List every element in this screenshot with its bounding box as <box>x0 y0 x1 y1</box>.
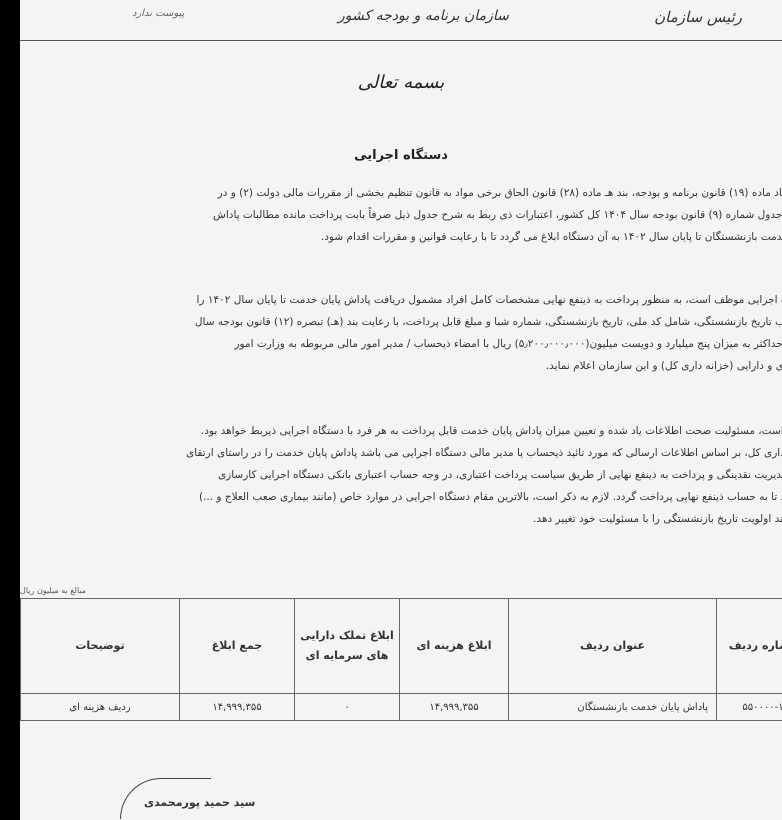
paragraph-line: بدیهی است، مسئولیت صحت اطلاعات یاد شده و… <box>20 420 782 442</box>
paragraph-line: به ترتیب تاریخ بازنشستگی، شامل کد ملی، ت… <box>20 311 782 333</box>
col-total-allocation: جمع ابلاغ <box>180 599 295 694</box>
paragraph-2: دستگاه اجرایی موظف است، به منظور پرداخت … <box>20 289 782 377</box>
cell-description: ردیف هزینه ای <box>21 694 180 721</box>
paragraph-line: به استناد ماده (۱۹) قانون برنامه و بودجه… <box>20 182 782 204</box>
cell-row-number: ۵۵۰۰۰۰-۱ <box>717 694 782 721</box>
cell-total-allocation: ۱۴,۹۹۹,۳۵۵ <box>180 694 295 721</box>
header-divider <box>20 40 782 41</box>
paragraph-line: ۱۴۰۴، حداکثر به میزان پنج میلیارد و دویس… <box>20 333 782 355</box>
letter-page: رئیس سازمان سازمان برنامه و بودجه کشور پ… <box>20 0 782 820</box>
paragraph-line: اقتصادی و دارایی (خزانه داری کل) و این س… <box>20 355 782 377</box>
col-row-number: شماره ردیف <box>717 599 782 694</box>
cell-capital-allocation: ۰ <box>295 694 400 721</box>
basmala: بسمه تعالی <box>20 72 782 93</box>
table-row: ۵۵۰۰۰۰-۱ پاداش پایان خدمت بازنشستگان ۱۴,… <box>21 694 782 721</box>
letterhead-organization: سازمان برنامه و بودجه کشور <box>338 8 509 24</box>
paragraph-3: بدیهی است، مسئولیت صحت اطلاعات یاد شده و… <box>20 420 782 530</box>
col-row-title: عنوان ردیف <box>509 599 717 694</box>
letterhead-attachment: پیوست ندارد <box>132 8 184 19</box>
table-unit-note: مبالغ به میلیون ریال <box>20 586 86 595</box>
signatory-name: سید حمید پورمحمدی <box>144 796 255 809</box>
cell-current-allocation: ۱۴,۹۹۹,۳۵۵ <box>400 694 509 721</box>
col-description: توضیحات <box>21 599 180 694</box>
recipient-title: دستگاه اجرایی <box>20 148 782 163</box>
table-header-row: شماره ردیف عنوان ردیف ابلاغ هزینه ای ابل… <box>21 599 782 694</box>
paragraph-line: خزانه داری کل، بر اساس اطلاعات ارسالی که… <box>20 442 782 464</box>
paragraph-line: پایان خدمت بازنشستگان تا پایان سال ۱۴۰۲ … <box>20 226 782 248</box>
col-capital-allocation: ابلاغ تملک دارایی های سرمایه ای <box>295 599 400 694</box>
budget-table: شماره ردیف عنوان ردیف ابلاغ هزینه ای ابل… <box>20 598 782 721</box>
paragraph-line: دستگاه اجرایی موظف است، به منظور پرداخت … <box>20 289 782 311</box>
paragraph-line: می کند تا به حساب ذینفع نهایی پرداخت گرد… <box>20 486 782 508</box>
col-current-allocation: ابلاغ هزینه ای <box>400 599 509 694</box>
letterhead: رئیس سازمان سازمان برنامه و بودجه کشور پ… <box>20 0 782 42</box>
paragraph-line: نظام مدیریت نقدینگی و پرداخت به ذینفع نه… <box>20 464 782 486</box>
paragraph-line: اجرای جدول شماره (۹) قانون بودجه سال ۱۴۰… <box>20 204 782 226</box>
paragraph-1: به استناد ماده (۱۹) قانون برنامه و بودجه… <box>20 182 782 248</box>
paragraph-line: می تواند اولویت تاریخ بازنشستگی را با مس… <box>20 508 782 530</box>
cell-row-title: پاداش پایان خدمت بازنشستگان <box>509 694 717 721</box>
letterhead-position: رئیس سازمان <box>654 8 742 26</box>
